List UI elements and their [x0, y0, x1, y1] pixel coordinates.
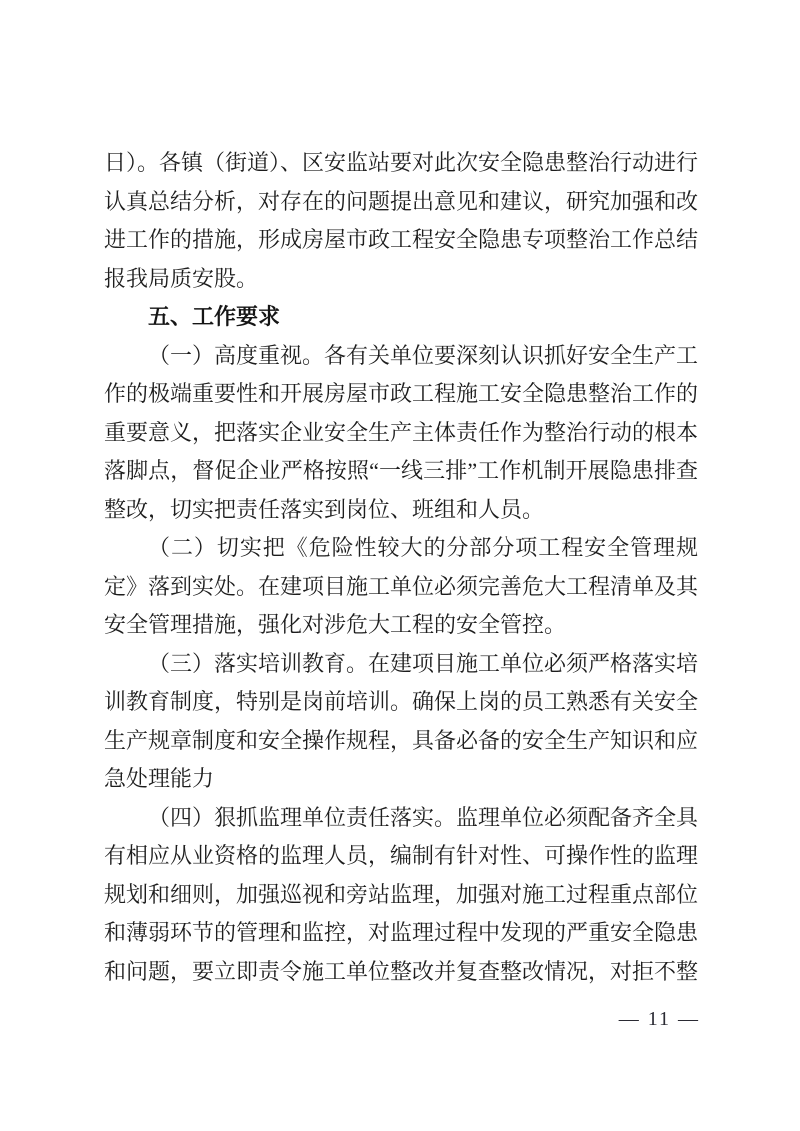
document-body: 日）。各镇（街道）、区安监站要对此次安全隐患整治行动进行认真总结分析，对存在的问… [104, 144, 698, 991]
paragraph-continuation: 日）。各镇（街道）、区安监站要对此次安全隐患整治行动进行认真总结分析，对存在的问… [104, 144, 698, 298]
section-heading-work-requirements: 五、工作要求 [104, 298, 698, 337]
paragraph-item-2: （二）切实把《危险性较大的分部分项工程安全管理规定》落到实处。在建项目施工单位必… [104, 529, 698, 645]
paragraph-item-1: （一）高度重视。各有关单位要深刻认识抓好安全生产工作的极端重要性和开展房屋市政工… [104, 337, 698, 530]
page-number: — 11 — [619, 1006, 700, 1032]
paragraph-item-3: （三）落实培训教育。在建项目施工单位必须严格落实培训教育制度，特别是岗前培训。确… [104, 645, 698, 799]
paragraph-item-4: （四）狠抓监理单位责任落实。监理单位必须配备齐全具有相应从业资格的监理人员，编制… [104, 799, 698, 992]
document-page: 日）。各镇（街道）、区安监站要对此次安全隐患整治行动进行认真总结分析，对存在的问… [0, 0, 800, 1131]
